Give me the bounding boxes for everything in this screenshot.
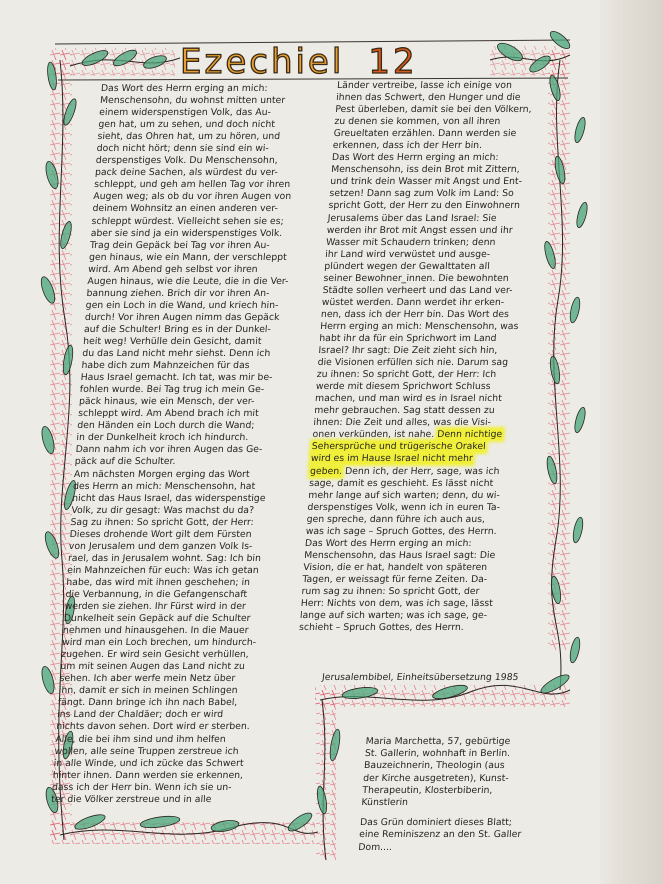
page-edge-shadow [600,0,663,884]
text-line: setzen! Dann sag zum Volk im Land: So [329,188,580,200]
text-line: päck hinaus, wie ein Mensch, der ver- [79,396,320,408]
text-line: spricht Gott, der Herr zu den Einwohnern [328,200,579,212]
text-line: Israel? Ihr sagt: Die Zeit zieht sich hi… [318,345,569,357]
text-line: Augen hinaus, wie die Leute, die in die … [87,276,328,288]
text-line: sehen. Ich aber werfe mein Netz über [59,673,300,685]
text-line: onen verkünden, ist nahe. Denn nichtige [312,429,563,441]
highlighted-text: Sehersprüche und trügerische Orakel [311,441,486,452]
text-line: nichts davon sehen. Dort wird er sterben… [56,721,297,733]
text-line: einem widerspenstigen Volk, das Au- [99,107,340,119]
text-line: werden sie ziehen. Ihr Fürst wird in der [64,601,305,613]
text-line: du das Land nicht mehr siehst. Denn ich [82,348,323,360]
text-line: ihnen das Schwert, den Hunger und die [336,92,587,104]
title-word: Ezechiel [180,42,344,82]
text-line: nen, dass ich der Herr bin. Das Wort des [321,309,572,321]
text-line: Greueltaten erzählen. Dann werden sie [333,128,584,140]
text-line: zugehen. Er wird sein Gesicht verhüllen, [61,649,302,661]
text-line: Pest überleben, damit sie bei den Völker… [335,104,586,116]
text-line: Länder vertreibe, lasse ich einige von [337,80,588,92]
text-line: geben. Denn ich, der Herr, sage, was ich [310,466,561,478]
text-line: habt ihr da für ein Sprichwort im Land [319,333,570,345]
text-line: Dann nahm ich vor ihren Augen das Ge- [75,444,316,456]
text-line: Bauzeichnerin, Theologin (aus [364,760,595,772]
text-line: lange auf sich warten; was ich sage, ge- [299,610,550,622]
text-line: ihn, damit er sich in meinen Schlingen [58,685,299,697]
text-line: Dunkelheit sein Gepäck auf die Schulter [63,613,304,625]
text-line: schleppt, und geh am hellen Tag vor ihre… [94,179,335,191]
text-line: Dieses drohende Wort gilt dem Fürsten [69,529,310,541]
highlighted-text: Denn nichtige [437,429,503,440]
text-line: fohlen wurde. Bei Tag trug ich mein Ge- [79,384,320,396]
text-line: Volk, zu dir gesagt: Was machst du da? [71,505,312,517]
text-line: rael, das in Jerusalem wohnt. Sag: Ich b… [68,553,309,565]
text-line: Das Wort des Herrn erging an mich: [100,83,341,95]
text-line: wüstet werden. Dann werdet ihr erken- [321,297,572,309]
text-line: Sehersprüche und trügerische Orakel [311,441,562,453]
text-line: habe dich zum Mahnzeichen für das [81,360,322,372]
text-line: derspenstiges Volk. Du Menschensohn, [95,155,336,167]
text-line: durch! Vor ihren Augen nimm das Gepäck [84,312,325,324]
text-line: heit weg! Verhülle dein Gesicht, damit [83,336,324,348]
text-line: aber sie sind ja ein widerspenstiges Vol… [90,228,331,240]
text-line: seiner Bewohner_innen. Die bewohnten [323,273,574,285]
text-line: dass ich der Herr bin. Wenn ich sie un- [52,782,293,794]
text-line: fängt. Dann bringe ich ihn nach Babel, [57,697,298,709]
text-line: wird. Am Abend geh selbst vor ihren [88,264,329,276]
text-line: Herrn erging an mich: Menschensohn, was [320,321,571,333]
text-line: Tagen, er weissagt für ferne Zeiten. Da- [302,574,553,586]
text-line: was ich sage – Spruch Gottes, des Herrn. [305,526,556,538]
text-line: der Kirche ausgetreten), Kunst- [363,773,594,785]
text-line: werden ihr Brot mit Angst essen und ihr [326,225,577,237]
text-line: päck auf die Schulter. [74,456,315,468]
text-line: die Visionen erfüllen sich nie. Darum sa… [317,357,568,369]
text-line: ein Mahnzeichen für euch: Was ich getan [67,565,308,577]
text-line: Sag zu ihnen: So spricht Gott, der Herr: [70,517,311,529]
text-line: zu denen sie kommen, von all ihren [334,116,585,128]
text-fragment: Denn ich, der Herr, sage, was ich [342,466,500,477]
text-line: machen, und man wird es in Israel nicht [315,393,566,405]
text-line: gen ein Loch in die Wand, und kriech hin… [85,300,326,312]
text-line: in alle Winde, und ich zücke das Schwert [53,758,294,770]
text-line: den Händen ein Loch durch die Wand; [77,420,318,432]
text-line: in der Dunkelheit kroch ich hindurch. [76,432,317,444]
highlighted-text: wird es im Hause Israel nicht mehr [310,453,473,464]
text-line: habe, das wird mit ihnen geschehen; in [66,577,307,589]
text-line: des Herrn an mich: Menschensohn, hat [73,481,314,493]
text-line: Dom.... [358,842,589,854]
text-line: sieht, das Ohren hat, um zu hören, und [97,131,338,143]
text-line: ter die Völker zerstreue und in alle [51,794,292,806]
text-fragment: onen verkünden, ist nahe. [312,429,437,440]
text-line: Menschensohn, das Haus Israel sagt: Die [304,550,555,562]
text-line: Therapeutin, Klosterbiberin, [362,785,593,797]
text-line: derspenstiges Volk, wenn ich in euren Ta… [307,502,558,514]
text-line: Städte sollen verheert und das Land ver- [322,285,573,297]
text-line: Menschensohn, du wohnst mitten unter [100,95,341,107]
text-line: gen hat, um zu sehen, und doch nicht [98,119,339,131]
text-line: plündert wegen der Gewalttaten all [324,261,575,273]
text-line: Maria Marchetta, 57, gebürtige [365,736,596,748]
text-line: eine Reminiszenz an den St. Galler [359,829,590,841]
text-line: mehr lange auf sich warten; denn, du wi- [308,490,559,502]
text-line: pack deine Sachen, als würdest du ver- [95,167,336,179]
text-line: Das Grün dominiert dieses Blatt; [360,817,591,829]
text-line: Das Wort des Herrn erging an mich: [331,152,582,164]
text-line: die Verbannung, in die Gefangenschaft [65,589,306,601]
text-line: St. Gallerin, wohnhaft in Berlin. [364,748,595,760]
text-line: rum sag zu ihnen: So spricht Gott, der [301,586,552,598]
right-text-column: Länder vertreibe, lasse ich einige vonih… [299,80,588,634]
source-citation: Jerusalembibel, Einheitsübersetzung 1985 [321,672,519,683]
text-line: deinem Wohnsitz an einen anderen ver- [92,203,333,215]
title-number: 12 [368,42,417,82]
text-line: und trink dein Wasser mit Angst und Ent- [330,176,581,188]
text-line: Menschensohn, iss dein Brot mit Zittern, [331,164,582,176]
author-note: Maria Marchetta, 57, gebürtigeSt. Galler… [358,736,596,854]
spacer [360,809,591,817]
text-line: Das Wort des Herrn erging an mich: [305,538,556,550]
text-line: Vision, die er hat, handelt von späteren [303,562,554,574]
text-line: Am nächsten Morgen erging das Wort [73,469,314,481]
text-line: schleppt wird. Am Abend brach ich mit [78,408,319,420]
left-text-column: Das Wort des Herrn erging an mich:Mensch… [51,83,342,806]
text-line: sage, damit es geschieht. Es lässt nicht [309,478,560,490]
text-line: Trag dein Gepäck bei Tag vor ihren Au- [89,240,330,252]
text-line: Wasser mit Schaudern trinken; denn [326,237,577,249]
text-line: Alle, die bei ihm sind und ihm helfen [55,734,296,746]
text-line: ihnen: Die Zeit und alles, was die Visi- [313,417,564,429]
text-line: erkennen, dass ich der Herr bin. [332,140,583,152]
text-line: mehr gebrauchen. Sag statt dessen zu [314,405,565,417]
highlighted-text: geben. [310,466,343,477]
text-line: zu ihnen: So spricht Gott, der Herr: Ich [316,369,567,381]
text-line: ihr Land wird verwüstet und ausge- [325,249,576,261]
text-line: schieht – Spruch Gottes, des Herrn. [299,622,550,634]
text-line: gen spreche, dann führe ich auch aus, [306,514,557,526]
text-line: um mit seinen Augen das Land nicht zu [60,661,301,673]
text-line: nehmen und hinausgehen. In die Mauer [63,625,304,637]
text-line: schleppt würdest. Vielleicht sehen sie e… [91,216,332,228]
text-line: auf die Schulter! Bring es in der Dunkel… [84,324,325,336]
text-line: Künstlerin [361,797,592,809]
text-line: wollen, alle seine Truppen zerstreue ich [54,746,295,758]
page-title: Ezechiel12 [180,40,480,84]
text-line: von Jerusalem und dem ganzen Volk Is- [68,541,309,553]
text-line: wird man ein Loch brechen, um hindurch- [62,637,303,649]
text-line: Herr: Nichts von dem, was ich sage, läss… [300,598,551,610]
text-line: wird es im Hause Israel nicht mehr [310,453,561,465]
text-line: Jerusalems über das Land Israel: Sie [327,213,578,225]
text-line: hinter ihnen. Dann werden sie erkennen, [52,770,293,782]
text-line: Haus Israel gemacht. Ich tat, was mir be… [80,372,321,384]
text-line: nicht das Haus Israel, das widerspenstig… [72,493,313,505]
text-line: werde mit diesem Sprichwort Schluss [315,381,566,393]
text-line: Augen weg; als ob du vor ihren Augen von [93,191,334,203]
text-line: ins Land der Chaldäer; doch er wird [57,709,298,721]
text-line: gen hinaus, wie ein Mann, der verschlepp… [89,252,330,264]
text-line: doch nicht hört; denn sie sind ein wi- [96,143,337,155]
text-line: bannung ziehen. Brich dir vor ihren An- [86,288,327,300]
